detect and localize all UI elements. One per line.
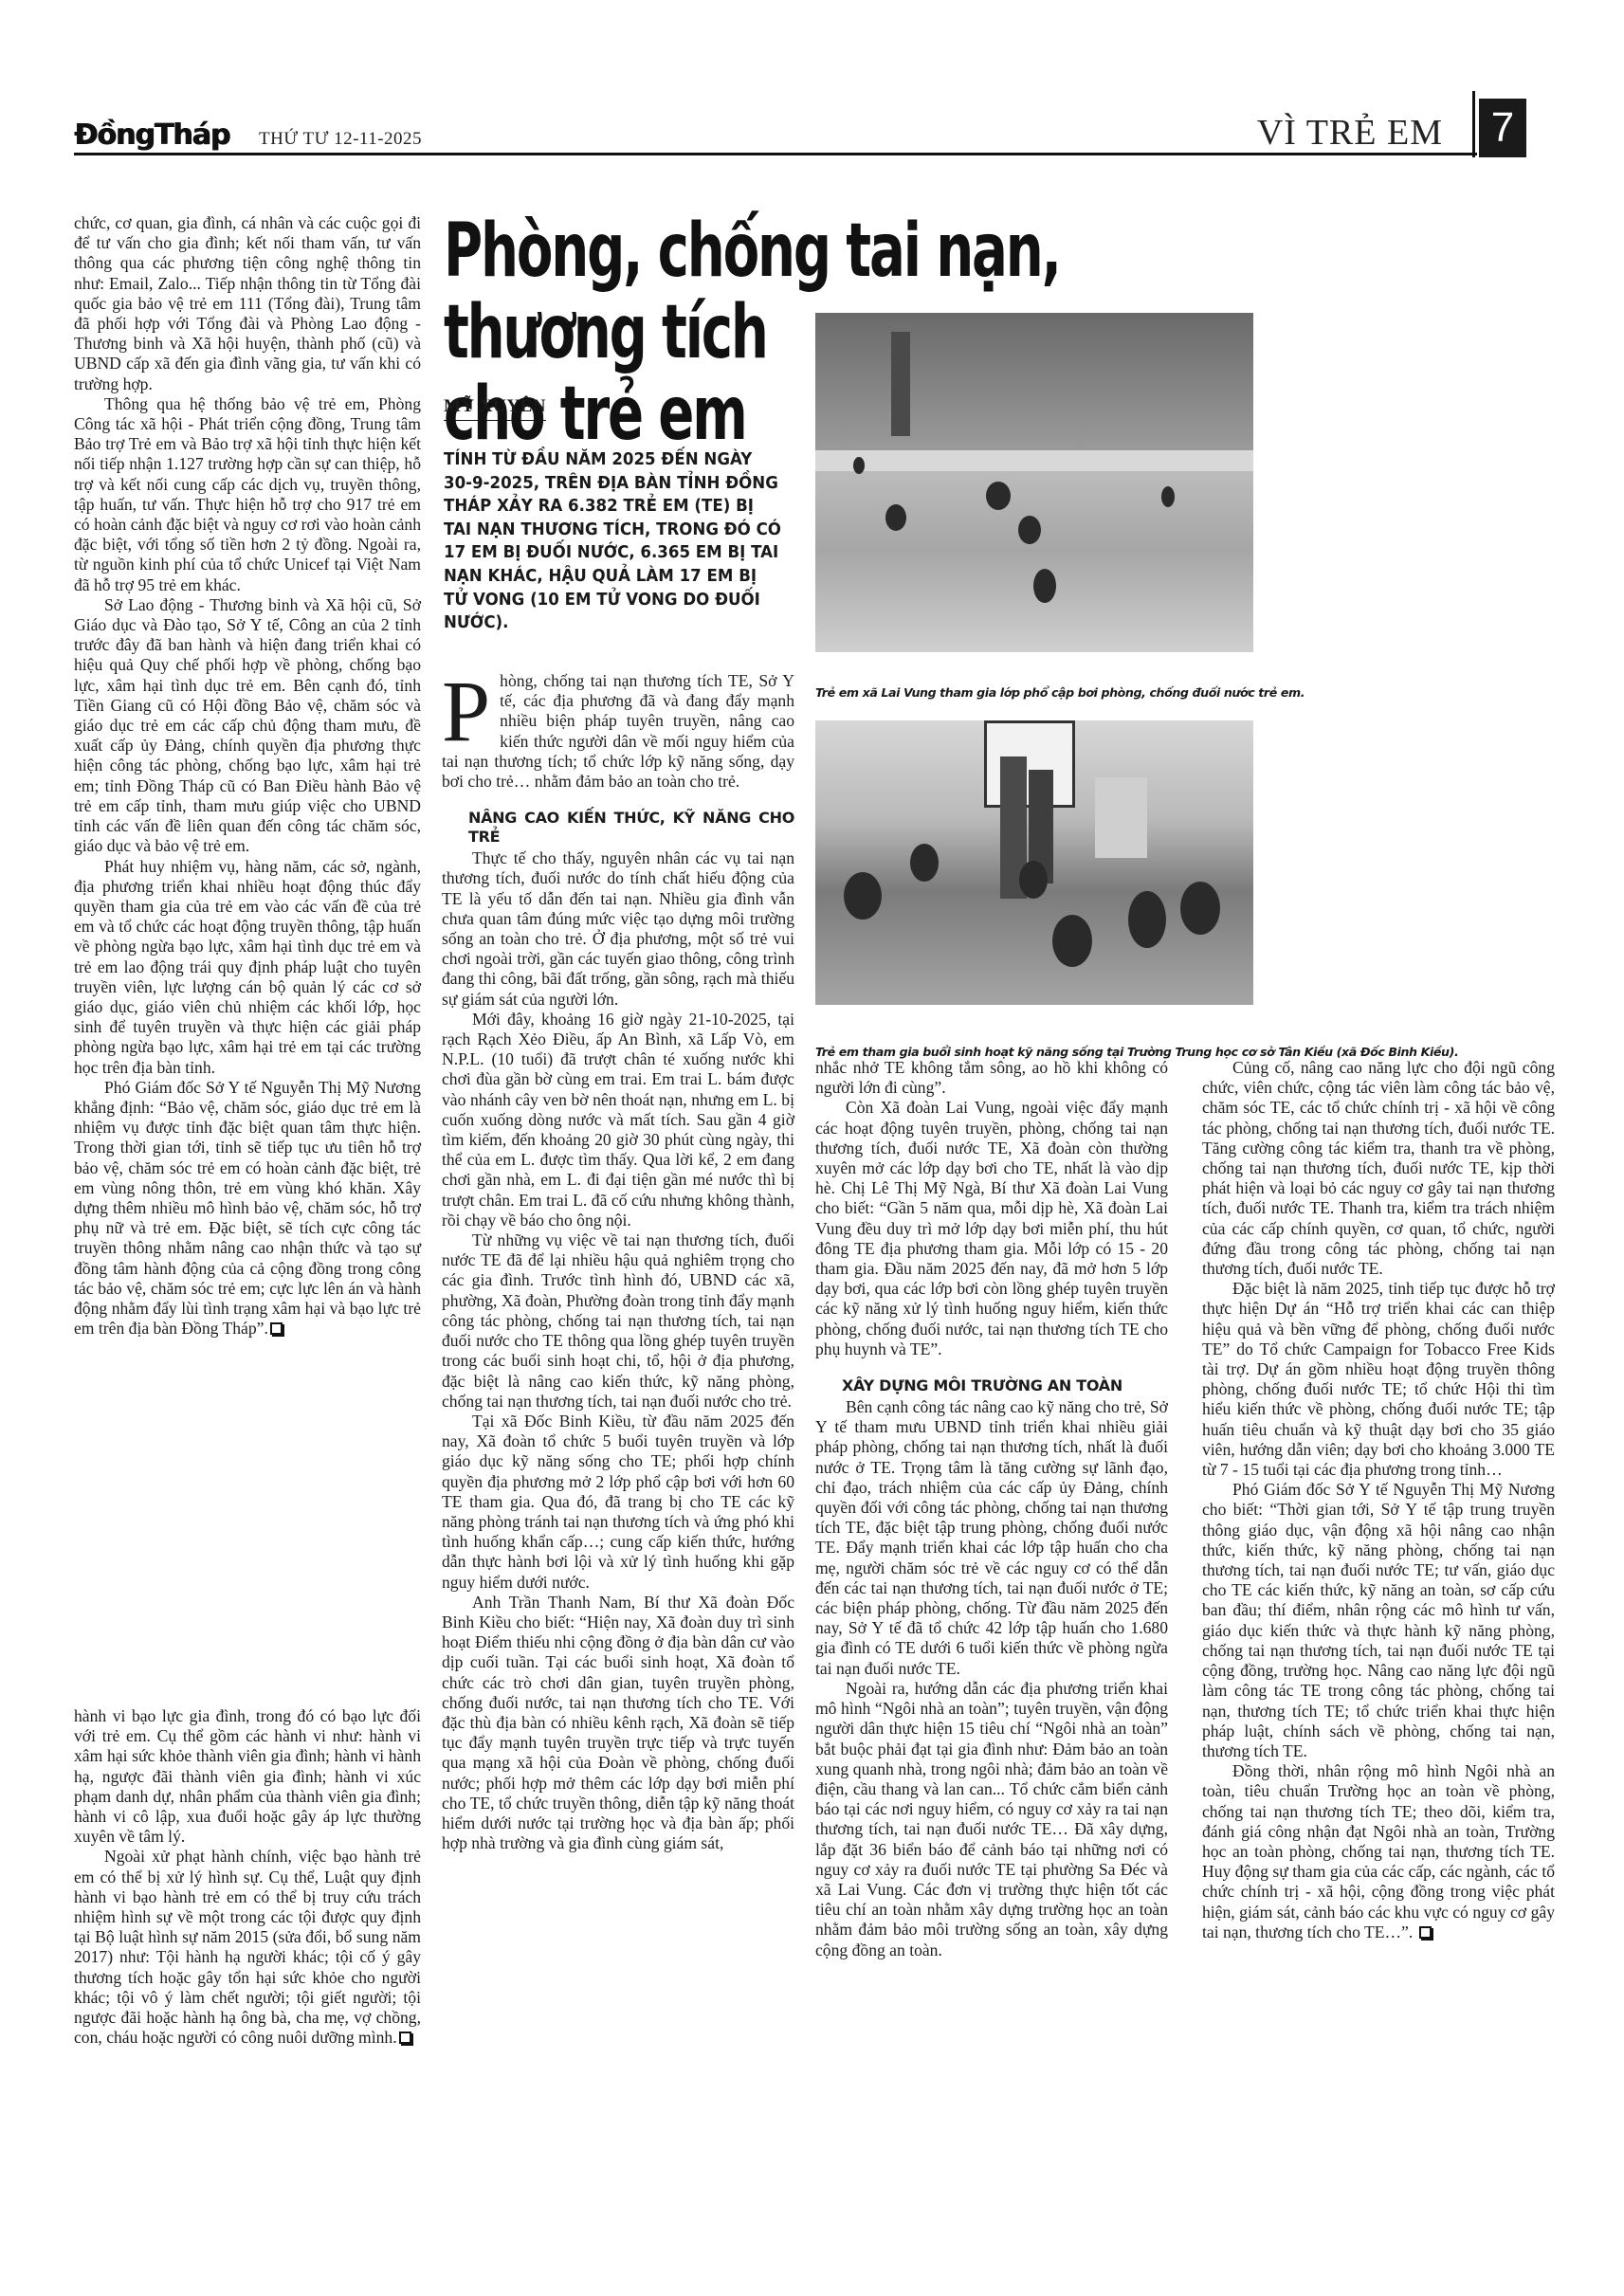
pool-edge bbox=[815, 450, 1253, 471]
end-mark-icon bbox=[399, 2032, 411, 2044]
paragraph: Ngoài xử phạt hành chính, việc bạo hành … bbox=[74, 1847, 421, 2048]
photo-background bbox=[815, 313, 1253, 455]
paragraph: Phó Giám đốc Sở Y tế Nguyễn Thị Mỹ Nương… bbox=[1202, 1480, 1555, 1761]
continued-article-top: chức, cơ quan, gia đình, cá nhân và các … bbox=[74, 213, 421, 1339]
end-mark-icon bbox=[270, 1322, 283, 1335]
drop-cap: P bbox=[442, 675, 490, 747]
byline: MỸ XUYÊN bbox=[444, 396, 546, 421]
student-head bbox=[1180, 882, 1220, 935]
section-name: VÌ TRẺ EM bbox=[1257, 112, 1443, 154]
student-head bbox=[1128, 891, 1166, 948]
header-divider bbox=[1472, 91, 1475, 157]
paragraph-text: Đồng thời, nhân rộng mô hình Ngôi nhà an… bbox=[1202, 1761, 1555, 1941]
paragraph: Ngoài ra, hướng dẫn các địa phương triển… bbox=[815, 1679, 1168, 1960]
article-column-3: nhắc nhở TE không tắm sông, ao hồ khi kh… bbox=[815, 1058, 1168, 1960]
paragraph: Đồng thời, nhân rộng mô hình Ngôi nhà an… bbox=[1202, 1761, 1555, 1942]
standing-person bbox=[891, 332, 910, 436]
masthead: ĐồngTháp THỨ TƯ 12-11-2025 VÌ TRẺ EM bbox=[74, 118, 1477, 155]
issue-date: THỨ TƯ 12-11-2025 bbox=[259, 129, 422, 150]
student-head bbox=[844, 872, 882, 920]
photo-life-skills-class bbox=[815, 720, 1253, 1005]
student-head bbox=[910, 844, 939, 882]
student-head bbox=[1019, 861, 1048, 899]
learning-corner-board bbox=[1095, 777, 1147, 858]
swimmer-head bbox=[986, 482, 1011, 510]
article-column-2: Phòng, chống tai nạn thương tích TE, Sở … bbox=[442, 671, 794, 1853]
paragraph: Thực tế cho thấy, nguyên nhân các vụ tai… bbox=[442, 848, 794, 1010]
paragraph: Phát huy nhiệm vụ, hàng năm, các sở, ngà… bbox=[74, 857, 421, 1078]
paragraph: hành vi bạo lực gia đình, trong đó có bạ… bbox=[74, 1706, 421, 1847]
subheading: NÂNG CAO KIẾN THỨC, KỸ NĂNG CHO TRẺ bbox=[468, 809, 794, 847]
paragraph: Tại xã Đốc Binh Kiều, từ đầu năm 2025 đế… bbox=[442, 1412, 794, 1593]
swimmer-head bbox=[1161, 486, 1175, 507]
subheading: XÂY DỰNG MÔI TRƯỜNG AN TOÀN bbox=[842, 1376, 1168, 1395]
paragraph: Bên cạnh công tác nâng cao kỹ năng cho t… bbox=[815, 1397, 1168, 1679]
article-column-4: Củng cố, nâng cao năng lực cho đội ngũ c… bbox=[1202, 1058, 1555, 1942]
photo-caption: Trẻ em xã Lai Vung tham gia lớp phổ cập … bbox=[815, 685, 1305, 700]
continued-article-bottom: hành vi bạo lực gia đình, trong đó có bạ… bbox=[74, 1706, 421, 2048]
lead-text: hòng, chống tai nạn thương tích TE, Sở Y… bbox=[442, 671, 794, 791]
photo-caption: Trẻ em tham gia buổi sinh hoạt kỹ năng s… bbox=[815, 1045, 1458, 1059]
paragraph: Thông qua hệ thống bảo vệ trẻ em, Phòng … bbox=[74, 394, 421, 595]
lead-paragraph: Phòng, chống tai nạn thương tích TE, Sở … bbox=[442, 671, 794, 792]
end-mark-icon bbox=[1419, 1926, 1432, 1939]
swimmer-head bbox=[853, 457, 865, 474]
paragraph: nhắc nhở TE không tắm sông, ao hồ khi kh… bbox=[815, 1058, 1168, 1098]
paragraph: Đặc biệt là năm 2025, tỉnh tiếp tục được… bbox=[1202, 1279, 1555, 1480]
swimmer-head bbox=[1033, 569, 1056, 603]
paragraph: Sở Lao động - Thương binh và Xã hội cũ, … bbox=[74, 595, 421, 857]
swimmer-head bbox=[1018, 516, 1041, 544]
paragraph: Anh Trần Thanh Nam, Bí thư Xã đoàn Đốc B… bbox=[442, 1593, 794, 1854]
paragraph: Phó Giám đốc Sở Y tế Nguyễn Thị Mỹ Nương… bbox=[74, 1078, 421, 1339]
article-lead-summary: TÍNH TỪ ĐẦU NĂM 2025 ĐẾN NGÀY 30-9-2025,… bbox=[444, 448, 786, 635]
paragraph: chức, cơ quan, gia đình, cá nhân và các … bbox=[74, 213, 421, 394]
paragraph-text: Ngoài xử phạt hành chính, việc bạo hành … bbox=[74, 1847, 421, 2047]
paragraph-text: Phó Giám đốc Sở Y tế Nguyễn Thị Mỹ Nương… bbox=[74, 1078, 421, 1338]
paragraph: Còn Xã đoàn Lai Vung, ngoài việc đẩy mạn… bbox=[815, 1098, 1168, 1359]
page-number: 7 bbox=[1479, 99, 1526, 157]
paragraph: Từ những vụ việc về tai nạn thương tích,… bbox=[442, 1230, 794, 1412]
paragraph: Củng cố, nâng cao năng lực cho đội ngũ c… bbox=[1202, 1058, 1555, 1279]
paragraph: Mới đây, khoảng 16 giờ ngày 21-10-2025, … bbox=[442, 1010, 794, 1230]
newspaper-logo: ĐồngTháp bbox=[74, 118, 229, 154]
student-head bbox=[1052, 915, 1092, 967]
photo-swimming-class bbox=[815, 313, 1253, 652]
swimmer-head bbox=[885, 504, 906, 531]
